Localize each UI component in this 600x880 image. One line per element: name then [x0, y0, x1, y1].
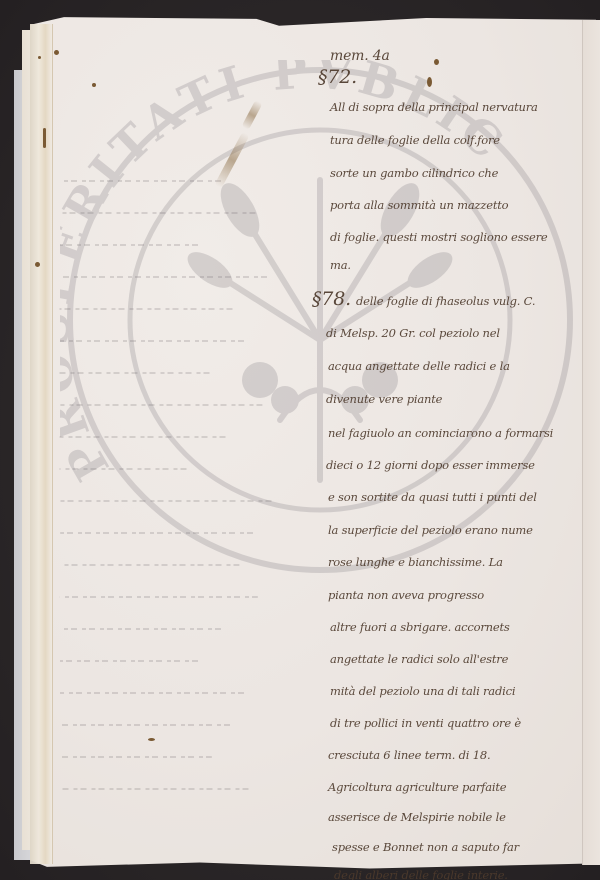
page-right-margin — [583, 20, 600, 865]
bleed-through-writing — [60, 180, 290, 840]
ink-spot — [38, 56, 41, 59]
section-78-mark: §78. — [312, 288, 351, 310]
ms-line: rose lunghe e bianchissime. La — [328, 555, 503, 569]
ms-line: la superficie del peziolo erano nume — [328, 523, 533, 537]
section-72-mark: §72. — [318, 66, 357, 88]
ms-line: delle foglie di fhaseolus vulg. C. — [356, 294, 535, 308]
ink-spot — [92, 83, 96, 87]
ms-line: tura delle foglie della colf.fore — [330, 133, 500, 147]
ms-line: sorte un gambo cilindrico che — [330, 166, 498, 180]
ms-line: Agricoltura agriculture parfaite — [328, 780, 506, 794]
ms-line: dieci o 12 giorni dopo esser immerse — [326, 458, 535, 472]
ms-line: All di sopra della principal nervatura — [330, 100, 538, 114]
ms-line: acqua angettate delle radici e la — [328, 359, 510, 373]
ink-spot — [43, 128, 46, 148]
ms-line: divenute vere piante — [326, 392, 442, 406]
ms-line: degli alberi delle foglie interie. — [334, 868, 508, 880]
ms-line: mità del peziolo una di tali radici — [330, 684, 515, 698]
ms-line: porta alla sommità un mazzetto — [330, 198, 508, 212]
ink-spot — [148, 738, 155, 741]
ms-line: nel fagiuolo an cominciarono a formarsi — [328, 426, 553, 440]
ms-line: asserisce de Melspirie nobile le — [328, 810, 506, 824]
page-deckle-edge — [30, 24, 53, 864]
ms-line: pianta non aveva progresso — [328, 588, 484, 602]
ink-spot — [54, 50, 59, 55]
ms-line: spesse e Bonnet non a saputo far — [332, 840, 519, 854]
ms-line: angettate le radici solo all'estre — [330, 652, 508, 666]
ms-line: di tre pollici in venti quattro ore è — [330, 716, 521, 730]
ink-spot — [434, 59, 439, 65]
ms-line: di Melsp. 20 Gr. col peziolo nel — [326, 326, 500, 340]
ms-line: di foglie. questi mostri sogliono essere — [330, 230, 548, 244]
ms-line: ma. — [330, 258, 351, 272]
ink-spot — [427, 77, 432, 87]
ms-line: altre fuori a sbrigare. accornets — [330, 620, 510, 634]
ms-line: e son sortite da quasi tutti i punti del — [328, 490, 537, 504]
memo-note: mem. 4a — [330, 48, 390, 64]
ink-spot — [35, 262, 40, 267]
ms-line: cresciuta 6 linee term. di 18. — [328, 748, 490, 762]
